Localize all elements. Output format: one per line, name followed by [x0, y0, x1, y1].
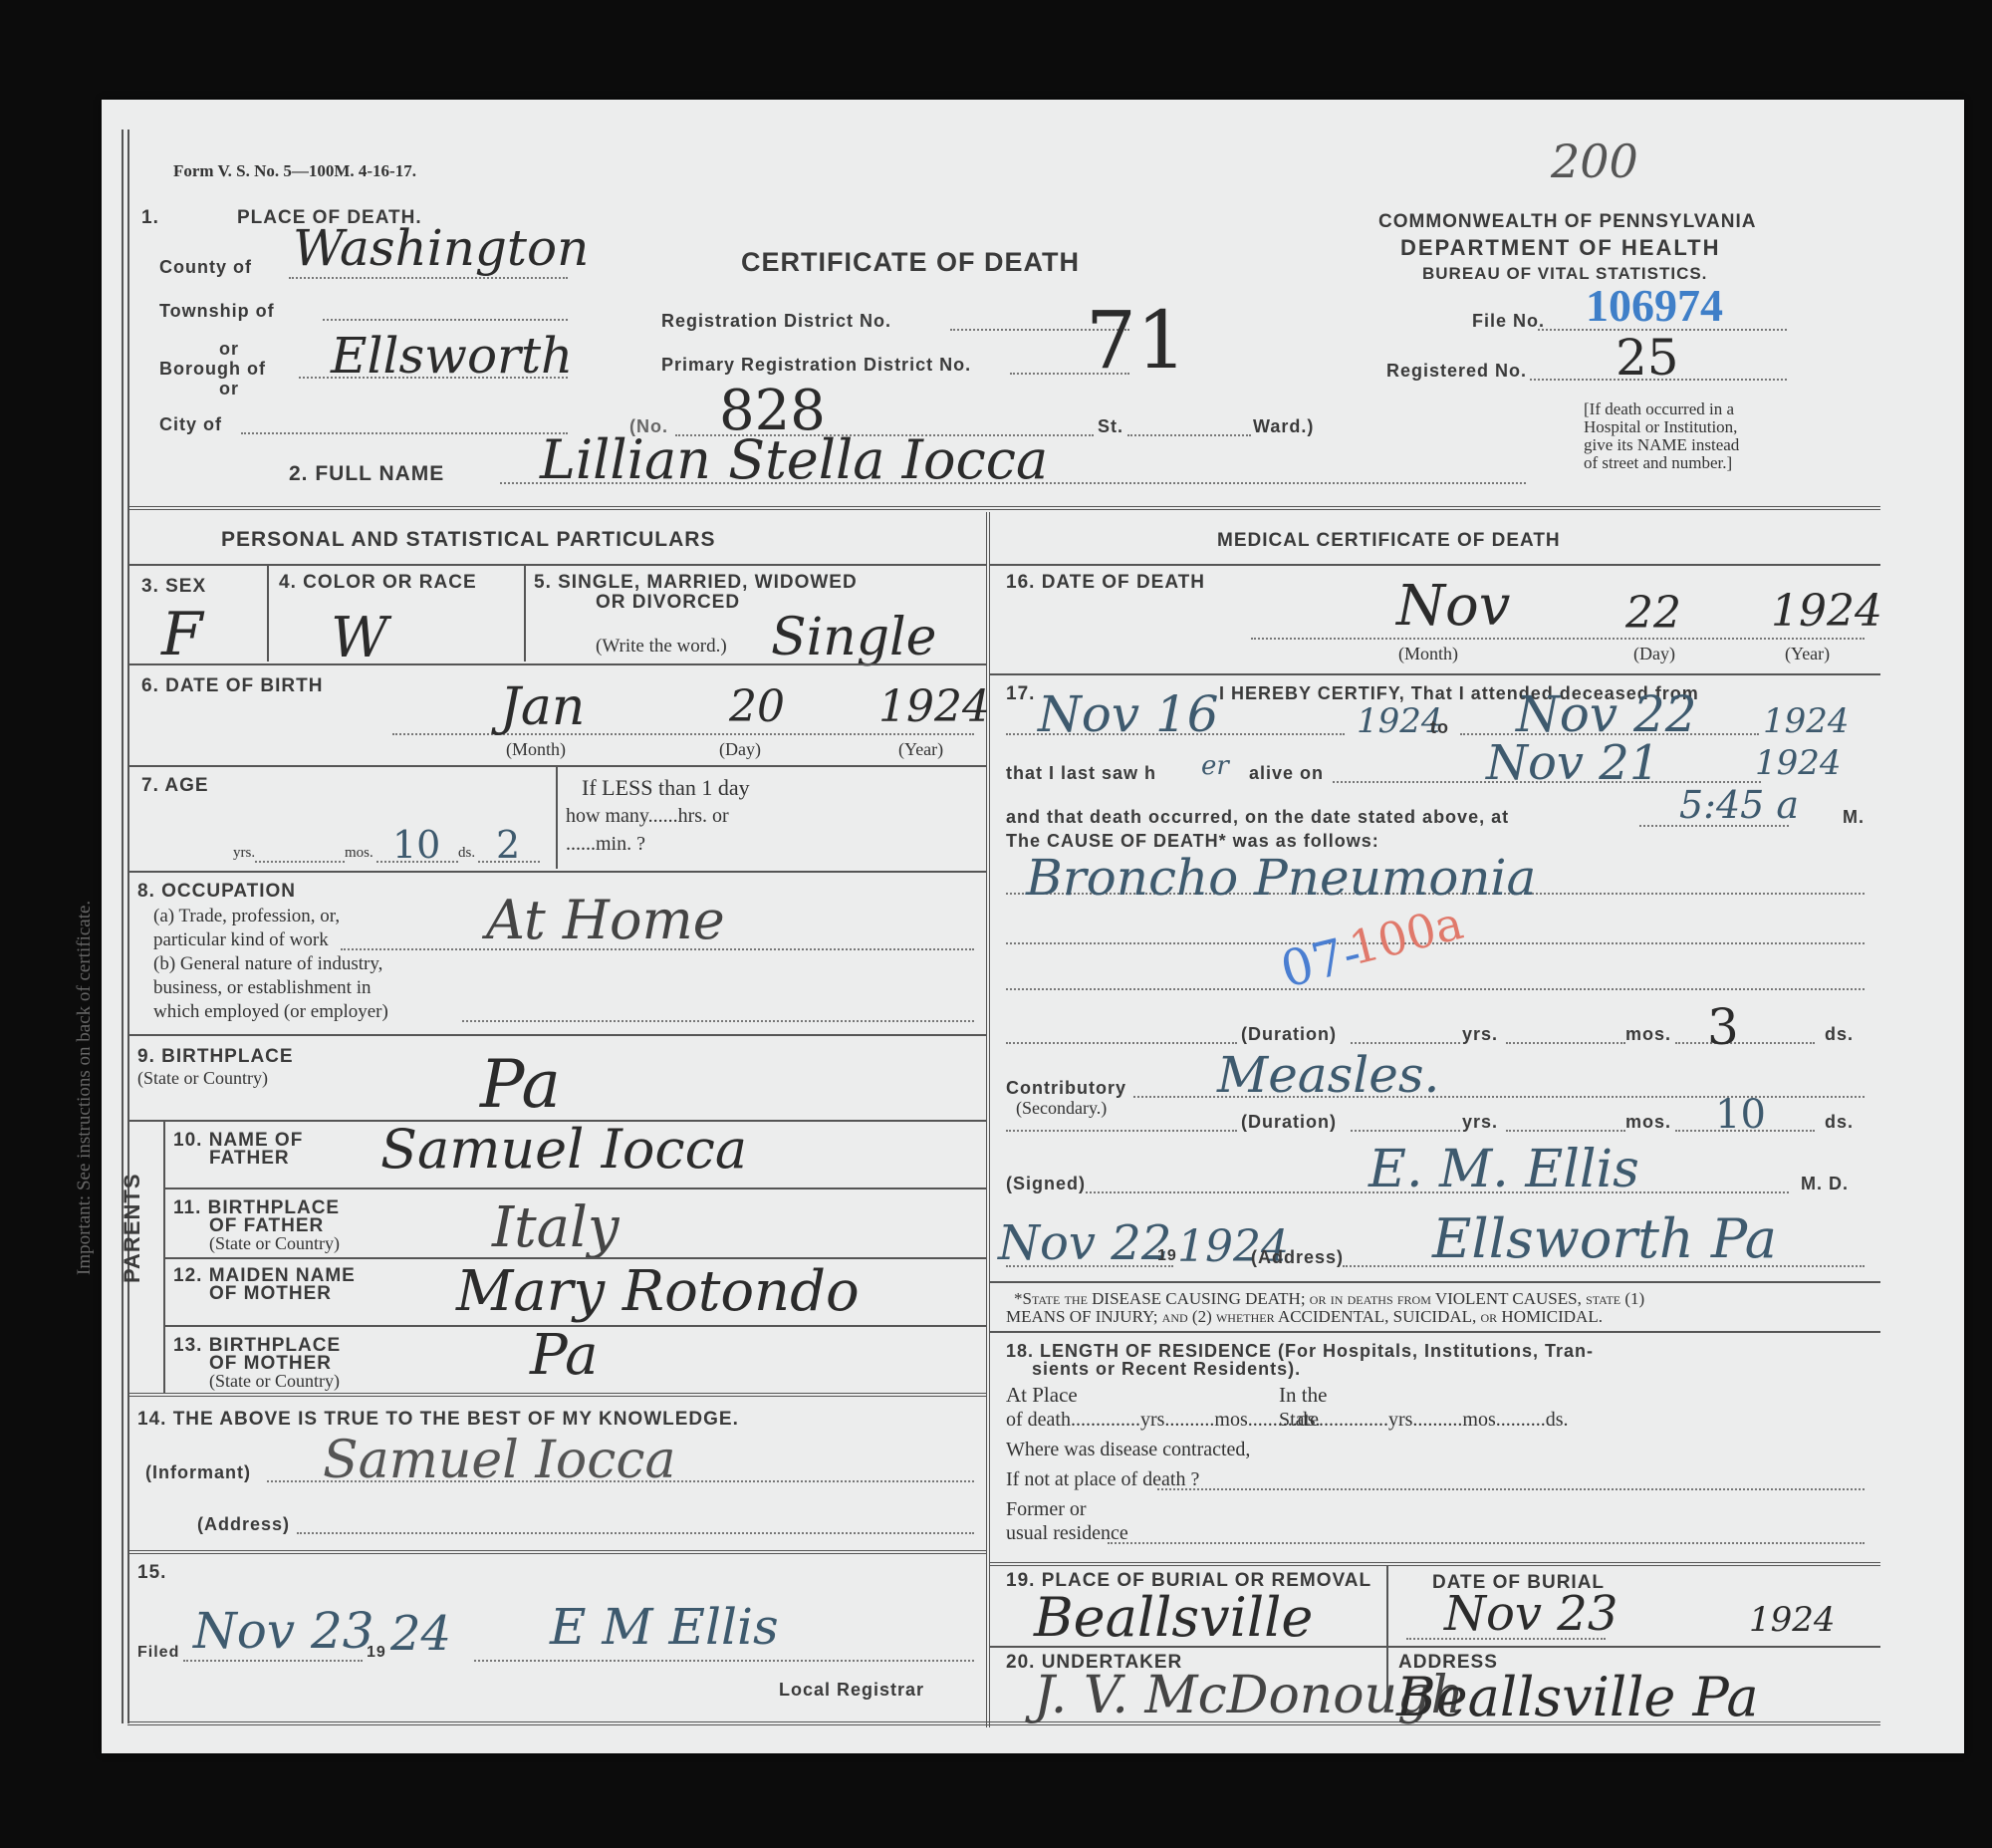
last-saw-year: 1924: [1755, 743, 1842, 783]
left-border-inner: [127, 130, 129, 1723]
undertaker-address: Beallsville Pa: [1396, 1666, 1759, 1728]
footnote: *State the DISEASE CAUSING DEATH; or in …: [1014, 1289, 1644, 1309]
county-value: Washington: [293, 219, 589, 277]
divider: [990, 1646, 1880, 1648]
informant-label: (Informant): [145, 1462, 251, 1483]
registrar-line: [474, 1660, 974, 1662]
father-value: Samuel Iocca: [380, 1118, 747, 1181]
age-mos-label: mos.: [345, 845, 373, 862]
month-caption: (Month): [506, 739, 566, 760]
last-saw-date: Nov 21: [1486, 735, 1659, 791]
or-label: or: [219, 379, 239, 399]
informant-value: Samuel Iocca: [323, 1431, 675, 1490]
district-number: 71: [1086, 294, 1187, 387]
borough-value: Ellsworth: [331, 327, 573, 385]
burial-year: 1924: [1749, 1600, 1836, 1640]
state-country-hint: (State or Country): [209, 1371, 340, 1392]
former-residence-label: Former or: [1006, 1498, 1087, 1521]
year-caption: (Year): [898, 739, 943, 760]
filed-label: Filed: [137, 1644, 179, 1662]
marital-value: Single: [771, 608, 936, 667]
divider: [127, 871, 986, 873]
informant-address-line: [297, 1532, 974, 1534]
where-contracted-line: [1157, 1488, 1865, 1490]
physician-address: Ellsworth Pa: [1432, 1207, 1777, 1270]
dod-year: 1924: [1771, 586, 1882, 637]
dob-month: Jan: [500, 677, 585, 737]
cause-duration-days: 3: [1707, 998, 1739, 1056]
department-heading: DEPARTMENT OF HEALTH: [1400, 235, 1721, 261]
duration-mos-line: [1506, 1042, 1625, 1044]
place-duration-line: of death..............yrs..........mos..…: [1006, 1409, 1321, 1432]
age-mos-value: 10: [392, 823, 440, 867]
divider: [990, 564, 1880, 566]
signed-label: (Signed): [1006, 1174, 1086, 1194]
footnote-2: MEANS OF INJURY; and (2) whether ACCIDEN…: [1006, 1307, 1603, 1327]
duration-ds-line: [1675, 1042, 1815, 1044]
former-residence-line: [1108, 1542, 1865, 1544]
certificate-title: CERTIFICATE OF DEATH: [741, 247, 1080, 278]
informant-heading: 14. THE ABOVE IS TRUE TO THE BEST OF MY …: [137, 1409, 739, 1431]
age-label: 7. AGE: [141, 775, 209, 797]
day-caption: (Day): [1633, 644, 1675, 664]
burial-place-value: Beallsville: [1034, 1586, 1313, 1649]
left-border: [122, 130, 124, 1723]
township-line: [323, 319, 568, 321]
parents-divider: [163, 1122, 165, 1393]
occurred-label: and that death occurred, on the date sta…: [1006, 807, 1509, 828]
ward-line: [1127, 434, 1251, 436]
section-15-label: 15.: [137, 1562, 166, 1584]
dob-year: 1924: [878, 681, 990, 732]
state-duration-line: State..............yrs..........mos.....…: [1279, 1409, 1569, 1432]
race-label: 4. COLOR OR RACE: [279, 572, 477, 594]
month-caption: (Month): [1398, 644, 1458, 664]
age-yrs-line: [255, 861, 345, 863]
divider: [127, 1034, 986, 1036]
township-label: Township of: [159, 301, 275, 322]
margin-note: Important: See instructions on back of c…: [74, 901, 96, 1275]
registrar-label: Local Registrar: [779, 1680, 924, 1701]
divider: [127, 564, 986, 566]
section-17-label: 17.: [1006, 683, 1035, 705]
dod-line: [1251, 638, 1865, 640]
at-place-label: At Place: [1006, 1383, 1078, 1408]
duration-line: [1006, 1042, 1237, 1044]
mother-value: Mary Rotondo: [456, 1259, 860, 1324]
age-ds-value: 2: [496, 823, 520, 867]
time-of-death: 5:45 a: [1679, 783, 1799, 827]
cell-divider: [556, 767, 558, 869]
last-saw-label: that I last saw h: [1006, 763, 1156, 784]
less-day-note-2: how many......hrs. or: [566, 805, 729, 828]
alive-on-label: alive on: [1249, 763, 1324, 784]
borough-label: Borough of: [159, 359, 266, 380]
attended-to-year: 1924: [1763, 701, 1850, 741]
divider: [163, 1188, 986, 1189]
occupation-instructions: (a) Trade, profession, or, particular ki…: [153, 905, 388, 1024]
section-number: 1.: [141, 207, 159, 229]
death-certificate: Important: See instructions on back of c…: [102, 100, 1964, 1753]
last-saw-pronoun: er: [1201, 751, 1229, 781]
duration-yrs-line: [1351, 1130, 1460, 1132]
classification-code-red: 100a: [1344, 896, 1468, 975]
race-value: W: [331, 606, 388, 670]
dod-label: 16. DATE OF DEATH: [1006, 572, 1205, 594]
primary-district-label: Primary Registration District No.: [661, 355, 971, 376]
less-day-note-3: ......min. ?: [566, 833, 645, 856]
hospital-note: [If death occurred in a Hospital or Inst…: [1584, 400, 1739, 472]
st-label: St.: [1098, 416, 1123, 437]
sex-label: 3. SEX: [141, 576, 206, 598]
sex-value: F: [161, 600, 203, 669]
divider: [127, 506, 1880, 510]
duration-yrs-line: [1351, 1042, 1460, 1044]
divider: [990, 1281, 1880, 1283]
registrar-signature: E M Ellis: [550, 1598, 779, 1656]
file-no-label: File No.: [1472, 311, 1545, 332]
full-name-label: 2. FULL NAME: [289, 462, 444, 486]
dod-day: 22: [1625, 588, 1681, 639]
filed-date: Nov 23: [193, 1602, 374, 1660]
divider: [127, 1550, 986, 1554]
father-label-2: FATHER: [209, 1148, 290, 1170]
m-label: M.: [1843, 807, 1865, 828]
ds-label: ds.: [1825, 1024, 1854, 1045]
file-number-stamp: 106974: [1586, 279, 1723, 332]
to-label: to: [1430, 717, 1449, 738]
burial-date: Nov 23: [1444, 1586, 1618, 1642]
filed-line: [183, 1660, 363, 1662]
md-label: M. D.: [1801, 1174, 1849, 1194]
full-name-value: Lillian Stella Iocca: [540, 428, 1048, 491]
mother-label-2: OF MOTHER: [209, 1283, 332, 1305]
medical-heading: MEDICAL CERTIFICATE OF DEATH: [1217, 530, 1561, 552]
day-caption: (Day): [719, 739, 761, 760]
duration-label: (Duration): [1241, 1112, 1337, 1133]
divider: [127, 1393, 986, 1397]
physician-address-label: (Address): [1251, 1247, 1344, 1268]
or-label: or: [219, 339, 239, 360]
city-line: [241, 432, 568, 434]
state-country-hint: (State or Country): [137, 1068, 268, 1089]
dod-month: Nov: [1396, 574, 1510, 639]
attended-from: Nov 16: [1038, 685, 1219, 743]
occupation-label: 8. OCCUPATION: [137, 881, 296, 903]
yrs-label: yrs.: [1462, 1112, 1498, 1133]
filed-year: 24: [390, 1606, 451, 1662]
contributory-duration-days: 10: [1715, 1092, 1766, 1138]
mos-label: mos.: [1625, 1112, 1671, 1133]
state-country-hint: (State or Country): [209, 1233, 340, 1254]
duration-line: [1006, 1130, 1237, 1132]
personal-heading: PERSONAL AND STATISTICAL PARTICULARS: [221, 528, 715, 552]
county-label: County of: [159, 257, 252, 278]
city-label: City of: [159, 414, 222, 435]
divider: [990, 1562, 1880, 1566]
informant-address-label: (Address): [197, 1514, 290, 1535]
birthplace-label: 9. BIRTHPLACE: [137, 1046, 294, 1068]
mother-birthplace-value: Pa: [530, 1323, 599, 1388]
corner-number: 200: [1551, 134, 1638, 188]
mos-label: mos.: [1625, 1024, 1671, 1045]
parents-label: PARENTS: [120, 1174, 145, 1284]
signed-year-prefix: 19: [1157, 1247, 1177, 1265]
residence-label-2: sients or Recent Residents).: [1032, 1359, 1301, 1380]
dob-label: 6. DATE OF BIRTH: [141, 675, 323, 697]
ds-label: ds.: [1825, 1112, 1854, 1133]
marital-label: 5. SINGLE, MARRIED, WIDOWED: [534, 572, 858, 594]
commonwealth-heading: COMMONWEALTH OF PENNSYLVANIA: [1378, 211, 1756, 233]
divider: [127, 663, 986, 665]
physician-signature: E. M. Ellis: [1369, 1140, 1639, 1199]
dob-line: [392, 733, 974, 735]
age-ds-label: ds.: [458, 845, 475, 862]
less-day-note: If LESS than 1 day: [582, 775, 750, 801]
cause-value: Broncho Pneumonia: [1026, 849, 1536, 907]
signed-date: Nov 22: [998, 1215, 1171, 1271]
form-id: Form V. S. No. 5—100M. 4-16-17.: [173, 161, 416, 181]
registered-no-label: Registered No.: [1386, 361, 1527, 382]
where-contracted-label: Where was disease contracted,: [1006, 1439, 1250, 1461]
age-yrs-label: yrs.: [233, 845, 255, 862]
cell-divider: [267, 566, 269, 661]
yrs-label: yrs.: [1462, 1024, 1498, 1045]
divider: [990, 1331, 1880, 1333]
secondary-label: (Secondary.): [1016, 1098, 1107, 1119]
industry-line: [462, 1020, 974, 1022]
ward-label: Ward.): [1253, 416, 1314, 437]
father-birthplace-value: Italy: [492, 1195, 620, 1260]
registered-number: 25: [1616, 329, 1679, 387]
contributory-label: Contributory: [1006, 1078, 1126, 1099]
divider: [990, 673, 1880, 675]
cell-divider: [524, 566, 526, 661]
duration-mos-line: [1506, 1130, 1625, 1132]
marital-label-2: OR DIVORCED: [596, 592, 740, 614]
birthplace-value: Pa: [480, 1046, 561, 1123]
marital-hint: (Write the word.): [596, 636, 727, 658]
filed-year-prefix: 19: [367, 1644, 386, 1662]
year-caption: (Year): [1785, 644, 1830, 664]
duration-label: (Duration): [1241, 1024, 1337, 1045]
in-state-label: In the: [1279, 1383, 1327, 1408]
occupation-value: At Home: [486, 889, 725, 951]
county-line: [289, 277, 568, 279]
registration-district-label: Registration District No.: [661, 311, 891, 332]
contributory-value: Measles.: [1217, 1046, 1439, 1104]
dob-day: 20: [729, 681, 785, 732]
cause-line-3: [1006, 988, 1865, 990]
